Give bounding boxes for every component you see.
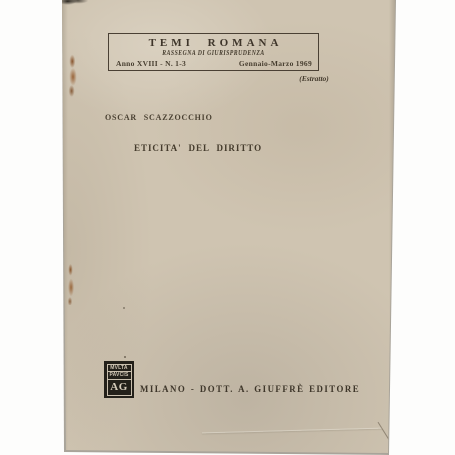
scanned-cover-photo: TEMI ROMANA RASSEGNA DI GIURISPRUDENZA A… <box>0 0 455 455</box>
issue-date: Gennaio-Marzo 1969 <box>239 59 312 68</box>
ink-smudge-top-left <box>59 0 88 7</box>
booklet-cover: TEMI ROMANA RASSEGNA DI GIURISPRUDENZA A… <box>62 0 396 454</box>
publisher-logo-frame: MVLTA PAVCIS AG <box>107 364 132 396</box>
paper-speck-1 <box>124 356 126 358</box>
issue-row: Anno XVIII - N. 1-3 Gennaio-Marzo 1969 <box>109 59 318 68</box>
author-name: OSCAR SCAZZOCCHIO <box>105 113 213 122</box>
paper-speck-2 <box>123 307 125 309</box>
issue-info: Anno XVIII - N. 1-3 <box>116 59 186 68</box>
journal-subtitle: RASSEGNA DI GIURISPRUDENZA <box>162 49 264 57</box>
publisher-logo: MVLTA PAVCIS AG <box>104 361 134 398</box>
rust-stain-middle <box>65 261 76 305</box>
journal-header-box: TEMI ROMANA RASSEGNA DI GIURISPRUDENZA A… <box>108 33 319 71</box>
paper-crease <box>202 428 382 434</box>
rust-stain-top <box>66 51 80 98</box>
work-title: ETICITA' DEL DIRITTO <box>134 144 262 154</box>
logo-motto-line1: MVLTA <box>108 365 131 373</box>
corner-crease <box>378 422 397 451</box>
logo-initials: AG <box>108 380 131 395</box>
journal-title: TEMI ROMANA <box>145 37 283 49</box>
estratto-label: (Estratto) <box>290 74 338 83</box>
logo-motto-line2: PAVCIS <box>108 372 131 380</box>
publisher-imprint: MILANO - DOTT. A. GIUFFRÈ EDITORE <box>140 385 360 395</box>
